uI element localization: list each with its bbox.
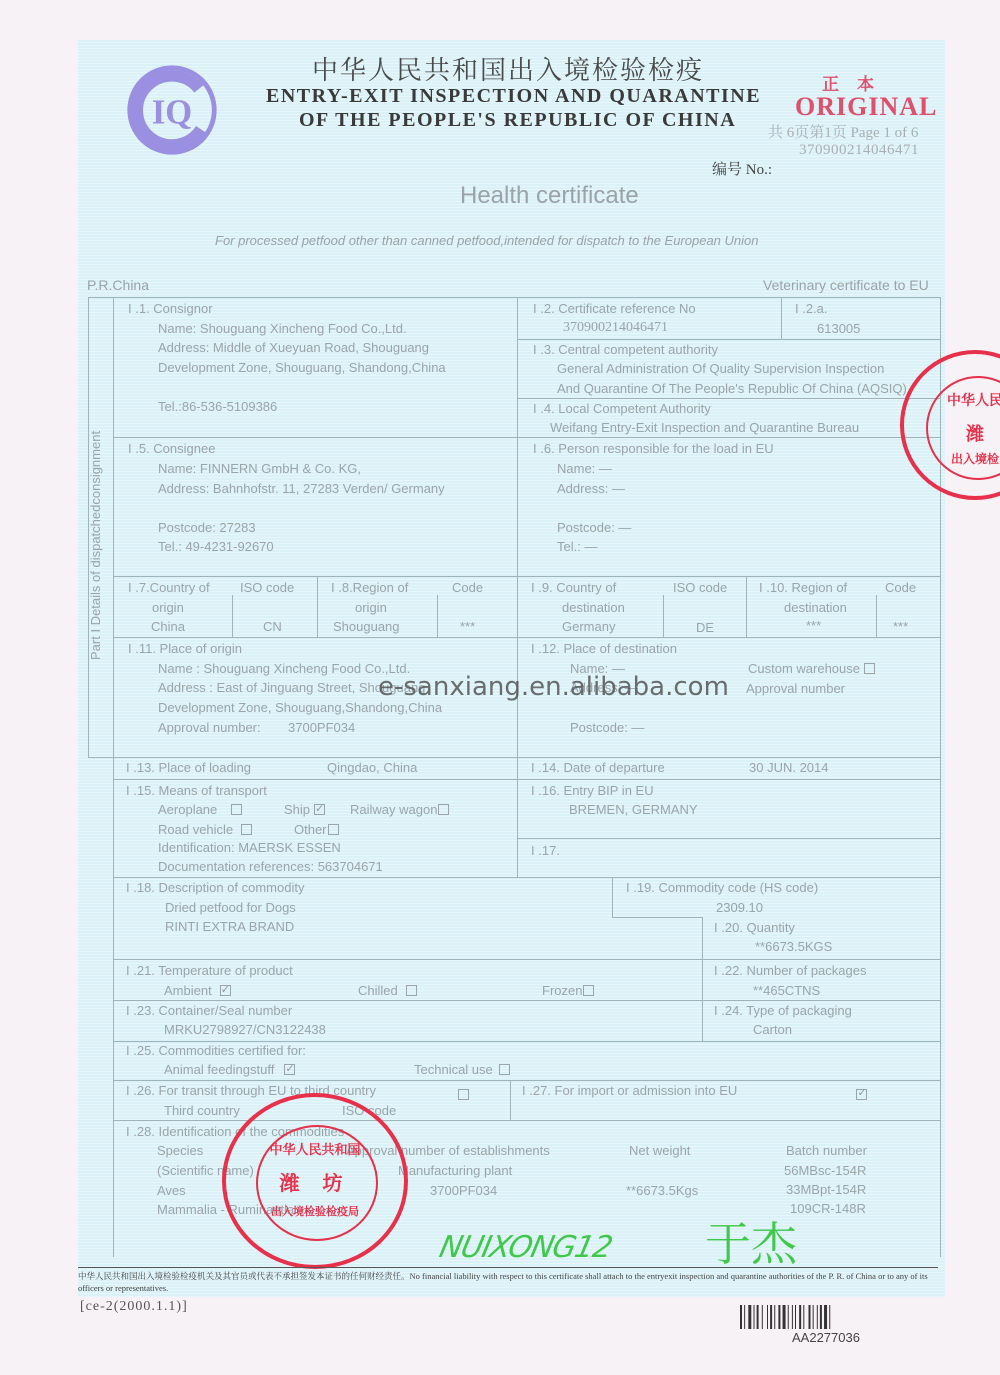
approval-number-label: Approval number: (158, 720, 261, 736)
grid-line (232, 595, 233, 637)
person-responsible-postcode: Postcode: — (557, 520, 631, 536)
grid-line (517, 297, 518, 877)
grid-line (113, 637, 940, 638)
grid-line (113, 1120, 940, 1121)
species-header: Species (157, 1143, 203, 1159)
temperature-frozen[interactable]: Frozen (542, 983, 594, 999)
cert-ref-a-value: 613005 (817, 321, 860, 337)
checkbox-icon (438, 804, 449, 815)
region-dest-value: *** (806, 618, 821, 634)
consignor-label: I .1. Consignor (128, 301, 213, 317)
region-origin-code-label: Code (452, 580, 483, 596)
place-loading-label: I .13. Place of loading (126, 760, 251, 776)
grid-line (940, 757, 941, 1257)
place-dest-postcode: Postcode: — (570, 720, 644, 736)
cert-ref-label: I .2. Certificate reference No (533, 301, 696, 317)
grid-line (876, 595, 877, 637)
place-loading-value: Qingdao, China (327, 760, 417, 776)
consignor-address-1: Address: Middle of Xueyuan Road, Shougua… (158, 340, 429, 356)
third-country-label: Third country (164, 1103, 240, 1119)
document-title: Health certificate (460, 182, 639, 210)
grid-line (517, 398, 940, 399)
number-label: 编号 No.: (712, 158, 772, 179)
form-code: [ce-2(2000.1.1)] (80, 1299, 188, 1315)
grid-line (612, 917, 702, 918)
checkbox-icon (583, 985, 594, 996)
barcode-number: AA2277036 (792, 1330, 860, 1345)
country-origin-label: I .7.Country of (128, 580, 210, 596)
transit-checkbox[interactable] (458, 1089, 469, 1100)
page-indicator: 共 6页第1页 Page 1 of 6 (768, 121, 918, 142)
consignee-postcode: Postcode: 27283 (158, 520, 256, 536)
grid-line (113, 437, 940, 438)
cert-ref-value: 370900214046471 (563, 320, 668, 336)
transport-railway[interactable]: Railway wagon (350, 802, 449, 818)
import-checkbox[interactable] (856, 1089, 867, 1100)
import-label: I .27. For import or admission into EU (522, 1083, 737, 1099)
ciq-logo-icon: IQ (124, 62, 220, 158)
title-english-line1: ENTRY-EXIT INSPECTION AND QUARANTINE (266, 85, 761, 108)
net-weight-header: Net weight (629, 1143, 690, 1159)
batch-header: Batch number (786, 1143, 867, 1159)
watermark: e-sanxiang.en.alibaba.com (378, 672, 729, 702)
checkbox-icon (231, 804, 242, 815)
temperature-chilled[interactable]: Chilled (358, 983, 417, 999)
checkbox-checked-icon (220, 985, 231, 996)
title-english-line2: OF THE PEOPLE'S REPUBLIC OF CHINA (299, 109, 736, 132)
species-1: Aves (157, 1183, 186, 1199)
grid-line (510, 1080, 511, 1120)
checkbox-icon (864, 663, 875, 674)
consignee-name: Name: FINNERN GmbH & Co. KG, (158, 461, 361, 477)
place-origin-address-2: Development Zone, Shouguang,Shandong,Chi… (158, 700, 442, 716)
country-origin-value: China (151, 619, 185, 635)
transport-identification: Identification: MAERSK ESSEN (158, 840, 341, 856)
date-departure-value: 30 JUN. 2014 (749, 760, 829, 776)
checkbox-icon (328, 824, 339, 835)
central-authority-label: I .3. Central competent authority (533, 342, 718, 358)
official-stamp-bottom: 中华人民共和国 潍 坊 出入境检验检疫局 (222, 1093, 408, 1269)
packaging-label: I .24. Type of packaging (714, 1003, 852, 1019)
region-origin-value: Shouguang (333, 619, 400, 635)
country-label: P.R.China (87, 277, 149, 293)
region-dest-code: *** (893, 619, 908, 635)
container-value: MRKU2798927/CN3122438 (164, 1022, 326, 1038)
iso-code-origin: CN (263, 619, 282, 635)
iso-code-dest: DE (696, 620, 714, 636)
iso-code-dest-label: ISO code (673, 580, 727, 596)
consignee-label: I .5. Consignee (128, 441, 215, 457)
cert-ref-a-label: I .2.a. (795, 301, 828, 317)
central-authority-line1: General Administration Of Quality Superv… (557, 361, 884, 377)
grid-line (437, 595, 438, 637)
footer-disclaimer: 中华人民共和国出入境检验检疫机关及其官员或代表不承担签发本证书的任何财经责任。N… (78, 1270, 940, 1294)
local-authority-label: I .4. Local Competent Authority (533, 401, 711, 417)
grid-line (113, 1041, 940, 1042)
grid-line (113, 779, 940, 780)
certified-technical-use[interactable]: Technical use (414, 1062, 510, 1078)
person-responsible-label: I .6. Person responsible for the load in… (533, 441, 774, 457)
barcode-icon (740, 1305, 918, 1329)
consignor-address-2: Development Zone, Shouguang, Shandong,Ch… (158, 360, 446, 376)
certified-animal-feedingstuff[interactable]: Animal feedingstuff (164, 1062, 295, 1078)
approval-value: 3700PF034 (430, 1183, 497, 1199)
local-authority-value: Weifang Entry-Exit Inspection and Quaran… (550, 420, 859, 436)
grid-line (113, 1080, 940, 1081)
consignee-address: Address: Bahnhofstr. 11, 27283 Verden/ G… (158, 481, 445, 497)
quantity-value: **6673.5KGS (755, 939, 832, 955)
region-dest-code-label: Code (885, 580, 916, 596)
place-origin-name: Name : Shouguang Xincheng Food Co.,Ltd. (158, 661, 410, 677)
packages-value: **465CTNS (753, 983, 820, 999)
central-authority-line2: And Quarantine Of The People's Republic … (557, 381, 907, 397)
transport-aeroplane[interactable]: Aeroplane (158, 802, 242, 818)
custom-warehouse-checkbox[interactable]: Custom warehouse (748, 661, 875, 677)
grid-line (113, 757, 114, 1257)
transport-other[interactable]: Other (294, 822, 339, 838)
commodity-line-1: Dried petfood for Dogs (165, 900, 296, 916)
checkbox-checked-icon (314, 804, 325, 815)
grid-line (88, 297, 940, 298)
checkbox-checked-icon (284, 1064, 295, 1075)
grid-line (746, 576, 747, 637)
consignor-tel: Tel.:86-536-5109386 (158, 399, 277, 415)
grid-line (317, 576, 318, 637)
country-dest-value: Germany (562, 619, 615, 635)
grid-line (113, 297, 114, 757)
iso-code-label: ISO code (240, 580, 294, 596)
checkbox-icon (406, 985, 417, 996)
approval-header-2: Manufacturing plant (398, 1163, 512, 1179)
grid-line (781, 297, 782, 339)
grid-line (113, 576, 940, 577)
place-origin-label: I .11. Place of origin (128, 641, 242, 657)
packaging-value: Carton (753, 1022, 792, 1038)
certificate-type: Veterinary certificate to EU (763, 277, 929, 293)
temperature-ambient[interactable]: Ambient (164, 983, 231, 999)
approval-number-dest: Approval number (746, 681, 845, 697)
consignee-tel: Tel.: 49-4231-92670 (158, 539, 274, 555)
commodity-label: I .18. Description of commodity (126, 880, 304, 896)
signature-right: 于杰 (705, 1208, 797, 1274)
country-origin-label2: origin (152, 600, 184, 616)
region-origin-label2: origin (355, 600, 387, 616)
region-dest-label: I .10. Region of (759, 580, 847, 596)
approval-number-value: 3700PF034 (288, 720, 355, 736)
person-responsible-address: Address: — (557, 481, 625, 497)
container-label: I .23. Container/Seal number (126, 1003, 292, 1019)
grid-line (113, 877, 940, 878)
signature-left: NUIXONG12 (436, 1230, 615, 1265)
person-responsible-tel: Tel.: — (557, 539, 597, 555)
transport-label: I .15. Means of transport (126, 783, 267, 799)
country-dest-label: I .9. Country of (531, 580, 616, 596)
packages-label: I .22. Number of packages (714, 963, 866, 979)
consignor-name: Name: Shouguang Xincheng Food Co.,Ltd. (158, 321, 407, 337)
date-departure-label: I .14. Date of departure (531, 760, 665, 776)
transport-ship[interactable]: Ship (284, 802, 325, 818)
grid-line (517, 339, 940, 340)
hs-code-label: I .19. Commodity code (HS code) (626, 880, 818, 896)
grid-line (113, 1000, 940, 1001)
footer-divider (78, 1267, 938, 1268)
transport-road[interactable]: Road vehicle (158, 822, 252, 838)
batch-1: 56MBsc-154R (784, 1163, 866, 1179)
region-origin-code: *** (460, 619, 475, 635)
hs-code-value: 2309.10 (716, 900, 763, 916)
grid-line (702, 917, 703, 1042)
transport-documentation: Documentation references: 563704671 (158, 859, 383, 875)
svg-text:IQ: IQ (152, 93, 192, 131)
grid-line (663, 595, 664, 637)
checkbox-icon (241, 824, 252, 835)
document-subtitle: For processed petfood other than canned … (215, 233, 759, 248)
grid-line (88, 757, 940, 758)
country-dest-label2: destination (562, 600, 625, 616)
grid-line (612, 877, 613, 917)
part-label: Part I Details of dispatchedconsignment (88, 431, 103, 660)
quantity-label: I .20. Quantity (714, 920, 795, 936)
batch-3: 109CR-148R (790, 1201, 866, 1217)
region-origin-label: I .8.Region of (331, 580, 408, 596)
batch-2: 33MBpt-154R (786, 1182, 866, 1198)
grid-line (113, 959, 940, 960)
entry-bip-value: BREMEN, GERMANY (569, 802, 698, 818)
place-dest-label: I .12. Place of destination (531, 641, 677, 657)
original-label: ORIGINAL (795, 92, 937, 122)
commodity-line-2: RINTI EXTRA BRAND (165, 919, 294, 935)
box-17-label: I .17. (531, 843, 560, 859)
title-chinese: 中华人民共和国出入境检验检疫 (312, 50, 704, 87)
net-weight-value: **6673.5Kgs (626, 1183, 698, 1199)
entry-bip-label: I .16. Entry BIP in EU (531, 783, 654, 799)
temperature-label: I .21. Temperature of product (126, 963, 293, 979)
certificate-number-top: 370900214046471 (799, 142, 919, 159)
checkbox-icon (499, 1064, 510, 1075)
region-dest-label2: destination (784, 600, 847, 616)
grid-line (517, 838, 940, 839)
person-responsible-name: Name: — (557, 461, 612, 477)
certified-for-label: I .25. Commodities certified for: (126, 1043, 306, 1059)
